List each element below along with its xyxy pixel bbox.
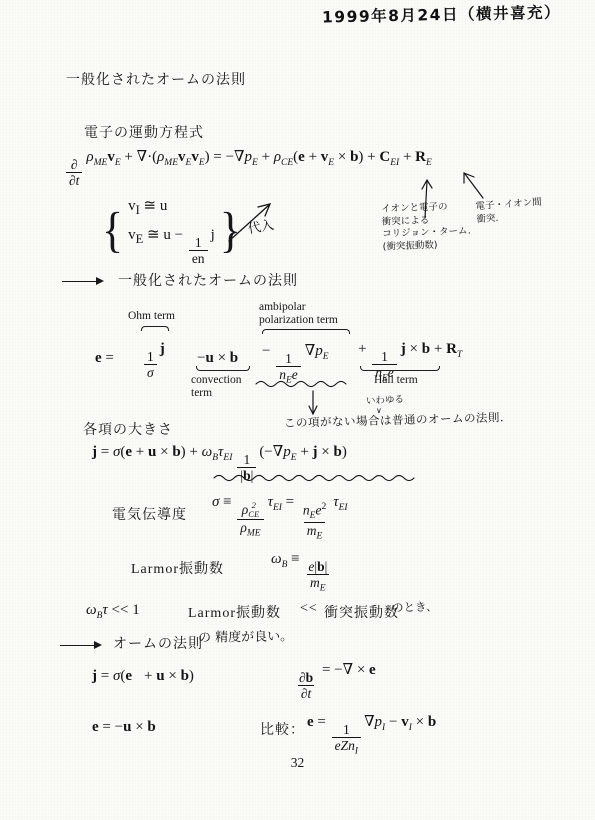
page-title: 一般化されたオームの法則	[66, 69, 246, 89]
collision-frequency-text: 衝突振動数	[324, 602, 399, 622]
iwayuru-note: いわゆる	[366, 394, 405, 409]
flow-arrow-icon	[62, 281, 102, 282]
ambipolar-overbrace	[262, 329, 350, 334]
accuracy-note: の 精度が良い。	[198, 628, 293, 647]
conclusion-arrow-icon	[60, 645, 100, 646]
ei-collision-note: 電子・イオン間 衝突．	[475, 197, 543, 227]
generalized-ohm-label: 一般化されたオームの法則	[118, 270, 298, 290]
larmor-frequency-text: Larmor振動数	[188, 602, 281, 622]
ambipolar-label-line2: polarization term	[259, 314, 338, 327]
scanned-lecture-note-page: 1999年8月24日（横井喜充） 一般化されたオームの法則 電子の運動方程式 ∂…	[0, 0, 595, 820]
convection-underbrace	[196, 366, 250, 371]
emphasis-down-arrow-icon	[306, 390, 322, 418]
hall-term-label: Hall term	[374, 374, 418, 387]
ohm-term-segment: 1σj	[142, 341, 165, 381]
date-annotation: 1999年8月24日（横井喜充）	[322, 3, 557, 28]
ambipolar-wavy-underline-icon	[255, 379, 349, 388]
ideal-e-equation: e = −u × b	[92, 719, 156, 736]
ohm-term-overbrace	[141, 326, 169, 331]
omega-tau-inequality: ωBτ << 1	[86, 602, 140, 621]
conductivity-equation: σ ≡ ρ2CEρMEτEI = nEe2mEτEI	[212, 494, 348, 542]
ohm-term-label: Ohm term	[128, 310, 175, 323]
page-number: 32	[0, 755, 595, 771]
simple-ohm-equation: j = σ(e+ u × b)	[92, 668, 194, 685]
larmor-frequency-equation: ωB ≡ e|b|mE	[271, 551, 332, 595]
ohm-law-lhs: e =	[95, 350, 114, 367]
convection-term-segment: −u × b	[197, 350, 238, 367]
hall-underbrace	[360, 366, 440, 371]
ion-velocity-definition: vI ≅ u	[128, 196, 215, 218]
comparison-label: 比較：	[260, 719, 305, 739]
eom-heading: 電子の運動方程式	[84, 122, 204, 142]
conductivity-label: 電気伝導度	[112, 504, 187, 524]
faraday-equation: ∂b∂t = −∇ × e	[294, 660, 376, 702]
collision-term-note: イオンと電子の 衝突による コリジョン・ターム． (衝突振動数)	[381, 200, 478, 253]
electron-momentum-equation: ∂∂tρMEvE + ∇·(ρMEvEvE) = −∇pE + ρCE(e + …	[64, 147, 432, 189]
comparison-equation: e = 1eZnI∇pI − vI × b	[307, 712, 436, 758]
j-equation-wavy-underline-icon	[213, 473, 422, 482]
ohm-law-label: オームの法則	[113, 633, 203, 653]
larmor-label: Larmor振動数	[131, 558, 224, 578]
convection-label-line2: term	[191, 387, 212, 400]
convection-label-line1: convection	[191, 374, 241, 387]
notoki-note: のとき、	[392, 599, 438, 616]
velocity-definitions: { vI ≅ u vE ≅ u − 1enj }	[102, 196, 241, 267]
ambipolar-label-line1: ambipolar	[259, 301, 306, 314]
electron-velocity-definition: vE ≅ u − 1enj	[128, 225, 215, 267]
left-brace: {	[102, 207, 123, 256]
much-less-than: <<	[300, 601, 318, 617]
magnitudes-heading: 各項の大きさ	[83, 419, 173, 439]
